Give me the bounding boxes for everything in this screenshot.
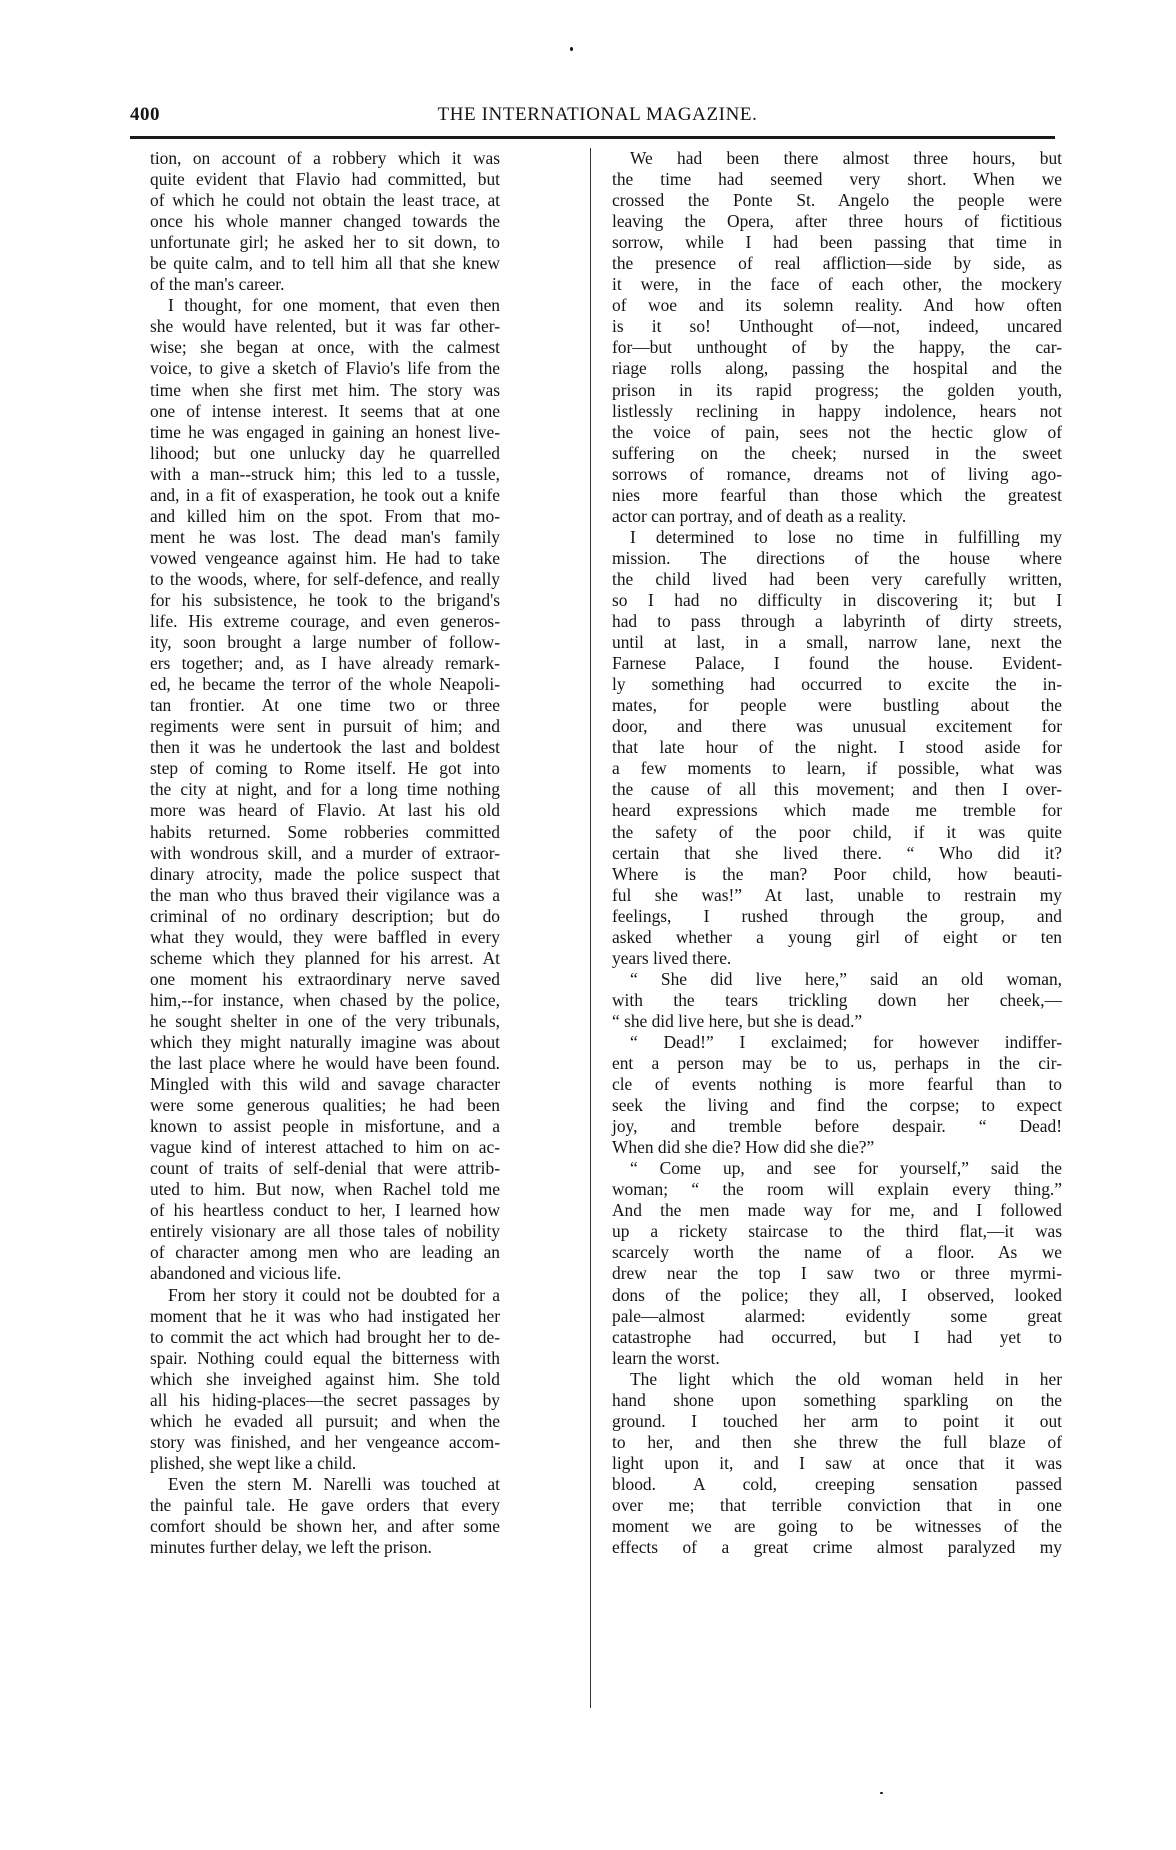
text-line: the last place where he would have been … xyxy=(150,1053,500,1074)
text-line: spair. Nothing could equal the bitternes… xyxy=(150,1348,500,1369)
text-line: the child lived had been very carefully … xyxy=(612,569,1062,590)
paragraph: tion, on account of a robbery which it w… xyxy=(150,148,500,295)
text-line: dinary atrocity, made the police suspect… xyxy=(150,864,500,885)
text-line: known to assist people in misfortune, an… xyxy=(150,1116,500,1137)
text-line: actor can portray, and of death as a rea… xyxy=(612,506,1062,527)
text-line: blood. A cold, creeping sensation passed xyxy=(612,1474,1062,1495)
text-line: listlessly reclining in happy indolence,… xyxy=(612,401,1062,422)
text-line: the time had seemed very short. When we xyxy=(612,169,1062,190)
text-line: with a man--struck him; this led to a tu… xyxy=(150,464,500,485)
paragraph: “ Come up, and see for yourself,” said t… xyxy=(612,1158,1062,1368)
text-line: We had been there almost three hours, bu… xyxy=(612,148,1062,169)
text-line: step of coming to Rome itself. He got in… xyxy=(150,758,500,779)
text-line: ly something had occurred to excite the … xyxy=(612,674,1062,695)
right-column: We had been there almost three hours, bu… xyxy=(612,148,1062,1558)
text-line: life. His extreme courage, and even gene… xyxy=(150,611,500,632)
text-line: he sought shelter in one of the very tri… xyxy=(150,1011,500,1032)
text-line: count of traits of self-denial that were… xyxy=(150,1158,500,1179)
text-line: seek the living and find the corpse; to … xyxy=(612,1095,1062,1116)
text-line: vague kind of interest attached to him o… xyxy=(150,1137,500,1158)
paragraph: Even the stern M. Narelli was touched at… xyxy=(150,1474,500,1558)
text-line: him,--for instance, when chased by the p… xyxy=(150,990,500,1011)
text-line: all his hiding-places—the secret passage… xyxy=(150,1390,500,1411)
text-line: the painful tale. He gave orders that ev… xyxy=(150,1495,500,1516)
text-line: minutes further delay, we left the priso… xyxy=(150,1537,500,1558)
text-line: regiments were sent in pursuit of him; a… xyxy=(150,716,500,737)
text-line: years lived there. xyxy=(612,948,1062,969)
header-rule xyxy=(130,136,1055,139)
text-line: ity, soon brought a large number of foll… xyxy=(150,632,500,653)
text-line: “ Dead!” I exclaimed; for however indiff… xyxy=(612,1032,1062,1053)
column-divider xyxy=(590,148,591,1708)
text-line: When did she die? How did she die?” xyxy=(612,1137,1062,1158)
text-line: scheme which they planned for his arrest… xyxy=(150,948,500,969)
text-line: with wondrous skill, and a murder of ext… xyxy=(150,843,500,864)
text-line: which he evaded all pursuit; and when th… xyxy=(150,1411,500,1432)
text-line: plished, she wept like a child. xyxy=(150,1453,500,1474)
text-line: prison in its rapid progress; the golden… xyxy=(612,380,1062,401)
paragraph: From her story it could not be doubted f… xyxy=(150,1285,500,1474)
text-line: time when she first met him. The story w… xyxy=(150,380,500,401)
text-line: once his whole manner changed towards th… xyxy=(150,211,500,232)
text-line: be quite calm, and to tell him all that … xyxy=(150,253,500,274)
text-line: pale—almost alarmed: evidently some grea… xyxy=(612,1306,1062,1327)
text-line: for—but unthought of by the happy, the c… xyxy=(612,337,1062,358)
text-line: entirely visionary are all those tales o… xyxy=(150,1221,500,1242)
text-line: sorrow, while I had been passing that ti… xyxy=(612,232,1062,253)
text-line: voice, to give a sketch of Flavio's life… xyxy=(150,358,500,379)
text-line: suffering on the cheek; nursed in the sw… xyxy=(612,443,1062,464)
text-line: mission. The directions of the house whe… xyxy=(612,548,1062,569)
text-line: and, in a fit of exasperation, he took o… xyxy=(150,485,500,506)
running-title: THE INTERNATIONAL MAGAZINE. xyxy=(130,104,1055,126)
text-line: Mingled with this wild and savage charac… xyxy=(150,1074,500,1095)
text-line: story was finished, and her vengeance ac… xyxy=(150,1432,500,1453)
text-line: dons of the police; they all, I observed… xyxy=(612,1285,1062,1306)
text-line: so I had no difficulty in discovering it… xyxy=(612,590,1062,611)
text-line: “ Come up, and see for yourself,” said t… xyxy=(612,1158,1062,1179)
text-line: the voice of pain, sees not the hectic g… xyxy=(612,422,1062,443)
paragraph: We had been there almost three hours, bu… xyxy=(612,148,1062,527)
text-line: vowed vengeance against him. He had to t… xyxy=(150,548,500,569)
text-line: until at last, in a small, narrow lane, … xyxy=(612,632,1062,653)
text-line: more was heard of Flavio. At last his ol… xyxy=(150,800,500,821)
text-line: and killed him on the spot. From that mo… xyxy=(150,506,500,527)
text-line: had to pass through a labyrinth of dirty… xyxy=(612,611,1062,632)
text-line: riage rolls along, passing the hospital … xyxy=(612,358,1062,379)
text-line: ent a person may be to us, perhaps in th… xyxy=(612,1053,1062,1074)
text-line: for his subsistence, he took to the brig… xyxy=(150,590,500,611)
text-line: effects of a great crime almost paralyze… xyxy=(612,1537,1062,1558)
text-line: unfortunate girl; he asked her to sit do… xyxy=(150,232,500,253)
text-line: the safety of the poor child, if it was … xyxy=(612,822,1062,843)
text-line: light upon it, and I saw at once that it… xyxy=(612,1453,1062,1474)
text-line: Where is the man? Poor child, how beauti… xyxy=(612,864,1062,885)
text-line: nies more fearful than those which the g… xyxy=(612,485,1062,506)
page-header: 400 THE INTERNATIONAL MAGAZINE. xyxy=(130,104,1055,134)
text-line: feelings, I rushed through the group, an… xyxy=(612,906,1062,927)
text-line: joy, and tremble before despair. “ Dead! xyxy=(612,1116,1062,1137)
text-line: to her, and then she threw the full blaz… xyxy=(612,1432,1062,1453)
text-line: ed, he became the terror of the whole Ne… xyxy=(150,674,500,695)
text-line: tion, on account of a robbery which it w… xyxy=(150,148,500,169)
text-line: to the woods, where, for self-defence, a… xyxy=(150,569,500,590)
text-line: heard expressions which made me tremble … xyxy=(612,800,1062,821)
text-line: comfort should be shown her, and after s… xyxy=(150,1516,500,1537)
text-line: it were, in the face of each other, the … xyxy=(612,274,1062,295)
text-line: which they might naturally imagine was a… xyxy=(150,1032,500,1053)
text-line: scarcely worth the name of a floor. As w… xyxy=(612,1242,1062,1263)
text-line: “ She did live here,” said an old woman, xyxy=(612,969,1062,990)
text-line: one of intense interest. It seems that a… xyxy=(150,401,500,422)
text-line: Farnese Palace, I found the house. Evide… xyxy=(612,653,1062,674)
text-line: up a rickety staircase to the third flat… xyxy=(612,1221,1062,1242)
text-line: of his heartless conduct to her, I learn… xyxy=(150,1200,500,1221)
text-line: then it was he undertook the last and bo… xyxy=(150,737,500,758)
paragraph: “ Dead!” I exclaimed; for however indiff… xyxy=(612,1032,1062,1158)
text-line: learn the worst. xyxy=(612,1348,1062,1369)
text-line: the city at night, and for a long time n… xyxy=(150,779,500,800)
text-line: of the man's career. xyxy=(150,274,500,295)
text-line: ers together; and, as I have already rem… xyxy=(150,653,500,674)
text-line: I determined to lose no time in fulfilli… xyxy=(612,527,1062,548)
text-line: tan frontier. At one time two or three xyxy=(150,695,500,716)
text-line: lihood; but one unlucky day he quarrelle… xyxy=(150,443,500,464)
text-line: of woe and its solemn reality. And how o… xyxy=(612,295,1062,316)
text-line: of which he could not obtain the least t… xyxy=(150,190,500,211)
text-line: uted to him. But now, when Rachel told m… xyxy=(150,1179,500,1200)
text-line: mates, for people were bustling about th… xyxy=(612,695,1062,716)
print-speck xyxy=(880,1792,883,1794)
text-line: criminal of no ordinary description; but… xyxy=(150,906,500,927)
text-line: “ she did live here, but she is dead.” xyxy=(612,1011,1062,1032)
text-line: ful she was!” At last, unable to restrai… xyxy=(612,885,1062,906)
text-line: is it so! Unthought of—not, indeed, unca… xyxy=(612,316,1062,337)
text-line: one moment his extraordinary nerve saved xyxy=(150,969,500,990)
text-line: time he was engaged in gaining an honest… xyxy=(150,422,500,443)
left-column: tion, on account of a robbery which it w… xyxy=(150,148,500,1558)
text-line: woman; “ the room will explain every thi… xyxy=(612,1179,1062,1200)
text-line: moment that he it was who had instigated… xyxy=(150,1306,500,1327)
text-line: abandoned and vicious life. xyxy=(150,1263,500,1284)
text-line: with the tears trickling down her cheek,… xyxy=(612,990,1062,1011)
text-line: wise; she began at once, with the calmes… xyxy=(150,337,500,358)
text-line: certain that she lived there. “ Who did … xyxy=(612,843,1062,864)
text-line: habits returned. Some robberies committe… xyxy=(150,822,500,843)
text-line: door, and there was unusual excitement f… xyxy=(612,716,1062,737)
paragraph: The light which the old woman held in he… xyxy=(612,1369,1062,1558)
text-line: to commit the act which had brought her … xyxy=(150,1327,500,1348)
text-line: the man who thus braved their vigilance … xyxy=(150,885,500,906)
text-line: drew near the top I saw two or three myr… xyxy=(612,1263,1062,1284)
text-line: ground. I touched her arm to point it ou… xyxy=(612,1411,1062,1432)
text-line: she would have relented, but it was far … xyxy=(150,316,500,337)
paragraph: I determined to lose no time in fulfilli… xyxy=(612,527,1062,969)
text-line: asked whether a young girl of eight or t… xyxy=(612,927,1062,948)
text-line: cle of events nothing is more fearful th… xyxy=(612,1074,1062,1095)
text-line: leaving the Opera, after three hours of … xyxy=(612,211,1062,232)
paragraph: I thought, for one moment, that even the… xyxy=(150,295,500,1284)
text-line: quite evident that Flavio had committed,… xyxy=(150,169,500,190)
text-line: a few moments to learn, if possible, wha… xyxy=(612,758,1062,779)
text-line: crossed the Ponte St. Angelo the people … xyxy=(612,190,1062,211)
text-line: I thought, for one moment, that even the… xyxy=(150,295,500,316)
text-line: over me; that terrible conviction that i… xyxy=(612,1495,1062,1516)
text-line: the presence of real affliction—side by … xyxy=(612,253,1062,274)
text-line: were some generous qualities; he had bee… xyxy=(150,1095,500,1116)
text-line: The light which the old woman held in he… xyxy=(612,1369,1062,1390)
text-line: which she inveighed against him. She tol… xyxy=(150,1369,500,1390)
text-line: And the men made way for me, and I follo… xyxy=(612,1200,1062,1221)
text-line: sorrows of romance, dreams not of living… xyxy=(612,464,1062,485)
paragraph: “ She did live here,” said an old woman,… xyxy=(612,969,1062,1032)
text-line: Even the stern M. Narelli was touched at xyxy=(150,1474,500,1495)
text-line: moment we are going to be witnesses of t… xyxy=(612,1516,1062,1537)
text-line: ment he was lost. The dead man's family xyxy=(150,527,500,548)
text-line: of character among men who are leading a… xyxy=(150,1242,500,1263)
print-speck xyxy=(570,47,573,51)
text-line: hand shone upon something sparkling on t… xyxy=(612,1390,1062,1411)
text-line: From her story it could not be doubted f… xyxy=(150,1285,500,1306)
text-line: catastrophe had occurred, but I had yet … xyxy=(612,1327,1062,1348)
text-line: that late hour of the night. I stood asi… xyxy=(612,737,1062,758)
text-line: the cause of all this movement; and then… xyxy=(612,779,1062,800)
text-line: what they would, they were baffled in ev… xyxy=(150,927,500,948)
